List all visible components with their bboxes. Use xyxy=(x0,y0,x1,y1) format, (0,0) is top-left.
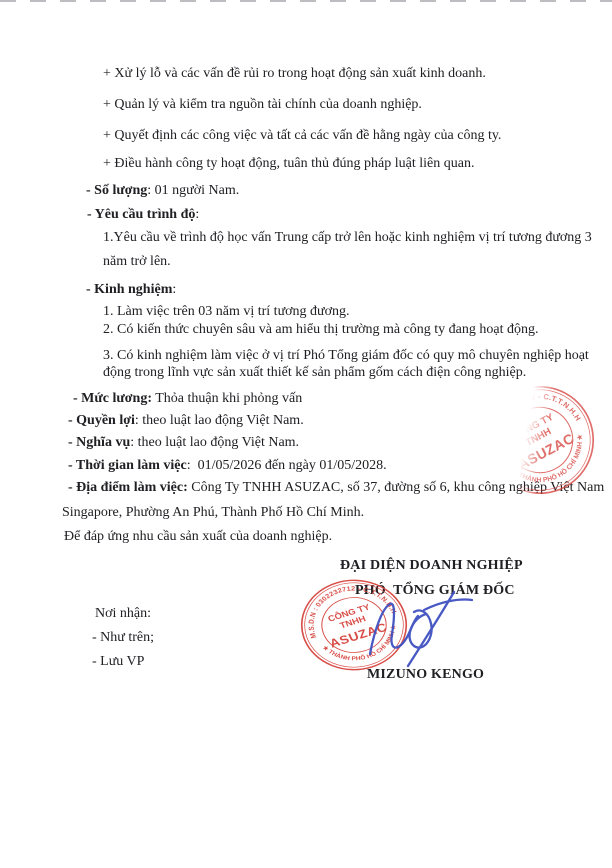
education-colon: : xyxy=(195,207,199,222)
experience-item-3-line-1: 3. Có kinh nghiệm làm việc ở vị trí Phó … xyxy=(103,347,589,365)
document-page: + Xử lý lỗ và các vấn đề rủi ro trong ho… xyxy=(0,0,612,868)
benefits-label: - Quyền lợi xyxy=(68,413,135,428)
education-item-line-2: năm trở lên. xyxy=(103,253,171,271)
experience-label: - Kinh nghiệm xyxy=(86,282,172,297)
education-label: - Yêu cầu trình độ xyxy=(87,207,195,222)
salary-line: - Mức lương: Thỏa thuận khi phỏng vấn xyxy=(73,390,302,408)
obligations-value: : theo luật lao động Việt Nam. xyxy=(130,435,299,450)
scan-artifact-top-edge xyxy=(0,0,612,2)
quantity-line: - Số lượng: 01 người Nam. xyxy=(86,182,239,200)
signature xyxy=(352,582,482,672)
work-period-line: - Thời gian làm việc: 01/05/2026 đến ngà… xyxy=(68,457,387,475)
benefits-value: : theo luật lao động Việt Nam. xyxy=(135,413,304,428)
recipient-item-1: - Như trên; xyxy=(92,629,154,647)
experience-colon: : xyxy=(172,282,176,297)
duty-line-3: + Quyết định các công việc và tất cả các… xyxy=(103,127,501,145)
experience-item-1: 1. Làm việc trên 03 năm vị trí tương đươ… xyxy=(103,303,350,321)
obligations-label: - Nghĩa vụ xyxy=(68,435,130,450)
closing-line: Để đáp ứng nhu cầu sản xuất của doanh ng… xyxy=(64,528,332,546)
obligations-line: - Nghĩa vụ: theo luật lao động Việt Nam. xyxy=(68,434,299,452)
duty-line-2: + Quản lý và kiểm tra nguồn tài chính củ… xyxy=(103,96,422,114)
duty-line-1: + Xử lý lỗ và các vấn đề rủi ro trong ho… xyxy=(103,65,486,83)
work-location-line-2: Singapore, Phường An Phú, Thành Phố Hồ C… xyxy=(62,504,364,522)
work-period-label: - Thời gian làm việc xyxy=(68,458,187,473)
quantity-label: - Số lượng xyxy=(86,183,147,198)
recipient-item-2: - Lưu VP xyxy=(92,653,144,671)
work-location-label: - Địa điểm làm việc: xyxy=(68,480,188,495)
experience-item-3-line-2: động trong lĩnh vực sản xuất thiết kế sả… xyxy=(103,364,526,382)
benefits-line: - Quyền lợi: theo luật lao động Việt Nam… xyxy=(68,412,304,430)
partial-company-stamp: M.S.D.N : 0302232712 - C.T.T.N.H.H ★ THÀ… xyxy=(484,384,596,496)
education-item-line-1: 1.Yêu cầu về trình độ học vấn Trung cấp … xyxy=(103,229,592,247)
recipients-title: Nơi nhận: xyxy=(95,605,151,623)
work-period-value: : 01/05/2026 đến ngày 01/05/2028. xyxy=(187,458,387,473)
salary-value: Thỏa thuận khi phỏng vấn xyxy=(152,391,302,406)
experience-item-2: 2. Có kiến thức chuyên sâu và am hiểu th… xyxy=(103,321,539,339)
education-heading: - Yêu cầu trình độ: xyxy=(87,206,199,224)
duty-line-4: + Điều hành công ty hoạt động, tuân thủ … xyxy=(103,155,474,173)
salary-label: - Mức lương: xyxy=(73,391,152,406)
experience-heading: - Kinh nghiệm: xyxy=(86,281,176,299)
representative-heading: ĐẠI DIỆN DOANH NGHIỆP xyxy=(340,557,523,575)
quantity-value: : 01 người Nam. xyxy=(147,183,239,198)
